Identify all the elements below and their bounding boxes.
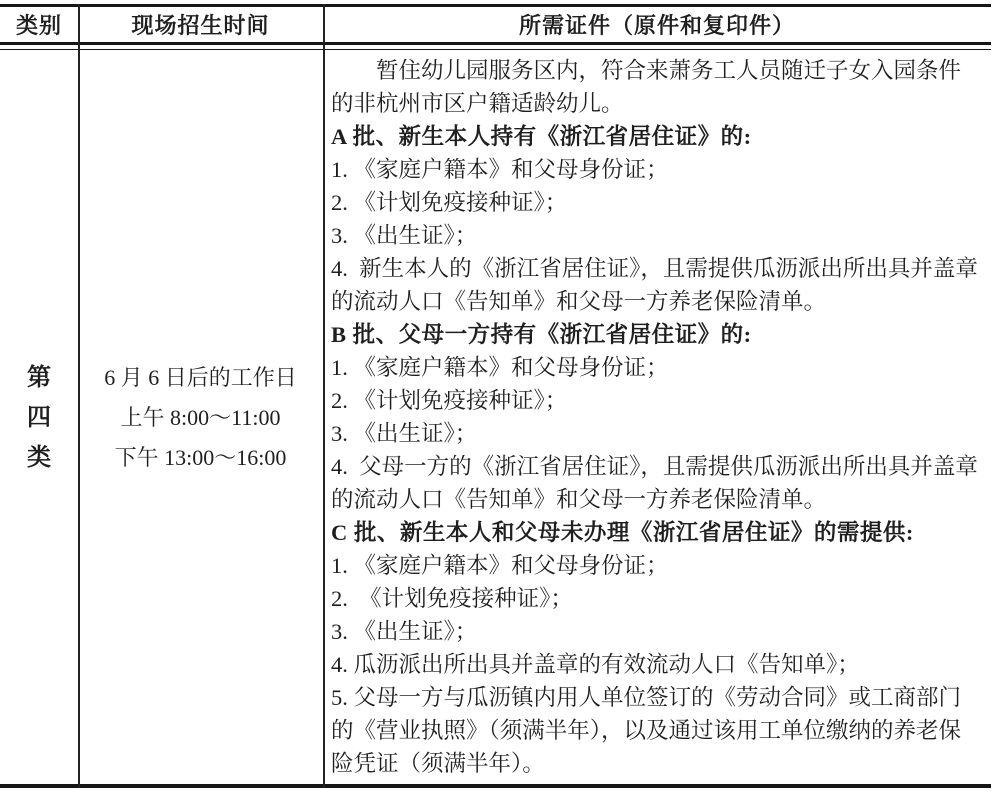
time-line-morning: 上午 8:00～11:00 bbox=[121, 398, 281, 438]
enrollment-time-cell: 6 月 6 日后的工作日 上午 8:00～11:00 下午 13:00～16:0… bbox=[78, 51, 323, 784]
category-label: 第四类 bbox=[25, 358, 53, 478]
documents-intro: 暂住幼儿园服务区内，符合来萧务工人员随迁子女入园条件的非杭州市区户籍适龄幼儿。 bbox=[331, 54, 983, 120]
section-a-item: 4. 新生本人的《浙江省居住证》，且需提供瓜沥派出所出具并盖章的流动人口《告知单… bbox=[331, 252, 983, 318]
time-line-date: 6 月 6 日后的工作日 bbox=[104, 358, 297, 398]
section-c-item: 3. 《出生证》； bbox=[331, 615, 983, 648]
table-header-row: 类别 现场招生时间 所需证件（原件和复印件） bbox=[0, 7, 991, 42]
section-b-item: 4. 父母一方的《浙江省居住证》，且需提供瓜沥派出所出具并盖章的流动人口《告知单… bbox=[331, 450, 983, 516]
document-page: 类别 现场招生时间 所需证件（原件和复印件） 第四类 6 月 6 日后的工作日 … bbox=[0, 0, 1004, 796]
section-b-heading: B 批、父母一方持有《浙江省居住证》的: bbox=[331, 318, 983, 351]
section-c-item: 5. 父母一方与瓜沥镇内用人单位签订的《劳动合同》或工商部门的《营业执照》（须满… bbox=[331, 681, 983, 780]
table-body-row: 第四类 6 月 6 日后的工作日 上午 8:00～11:00 下午 13:00～… bbox=[0, 51, 991, 784]
section-b-item: 3. 《出生证》； bbox=[331, 417, 983, 450]
time-line-afternoon: 下午 13:00～16:00 bbox=[115, 438, 287, 478]
section-b-item: 2. 《计划免疫接种证》； bbox=[331, 384, 983, 417]
required-documents-cell: 暂住幼儿园服务区内，符合来萧务工人员随迁子女入园条件的非杭州市区户籍适龄幼儿。 … bbox=[323, 51, 991, 784]
header-separator-thick-line bbox=[0, 42, 991, 45]
section-c-heading: C 批、新生本人和父母未办理《浙江省居住证》的需提供: bbox=[331, 516, 983, 549]
section-c-item: 4. 瓜沥派出所出具并盖章的有效流动人口《告知单》； bbox=[331, 648, 983, 681]
section-b-item: 1. 《家庭户籍本》和父母身份证； bbox=[331, 351, 983, 384]
enrollment-requirements-table: 类别 现场招生时间 所需证件（原件和复印件） 第四类 6 月 6 日后的工作日 … bbox=[0, 4, 991, 788]
header-required-documents: 所需证件（原件和复印件） bbox=[323, 7, 991, 42]
header-enrollment-time: 现场招生时间 bbox=[78, 7, 323, 42]
section-a-item: 1. 《家庭户籍本》和父母身份证； bbox=[331, 153, 983, 186]
section-c-item: 2. 《计划免疫接种证》； bbox=[331, 582, 983, 615]
section-c-item: 1. 《家庭户籍本》和父母身份证； bbox=[331, 549, 983, 582]
section-a-heading: A 批、新生本人持有《浙江省居住证》的: bbox=[331, 120, 983, 153]
table-bottom-border bbox=[0, 784, 991, 788]
section-a-item: 2. 《计划免疫接种证》； bbox=[331, 186, 983, 219]
category-cell: 第四类 bbox=[0, 51, 78, 784]
header-category: 类别 bbox=[0, 7, 78, 42]
section-a-item: 3. 《出生证》； bbox=[331, 219, 983, 252]
